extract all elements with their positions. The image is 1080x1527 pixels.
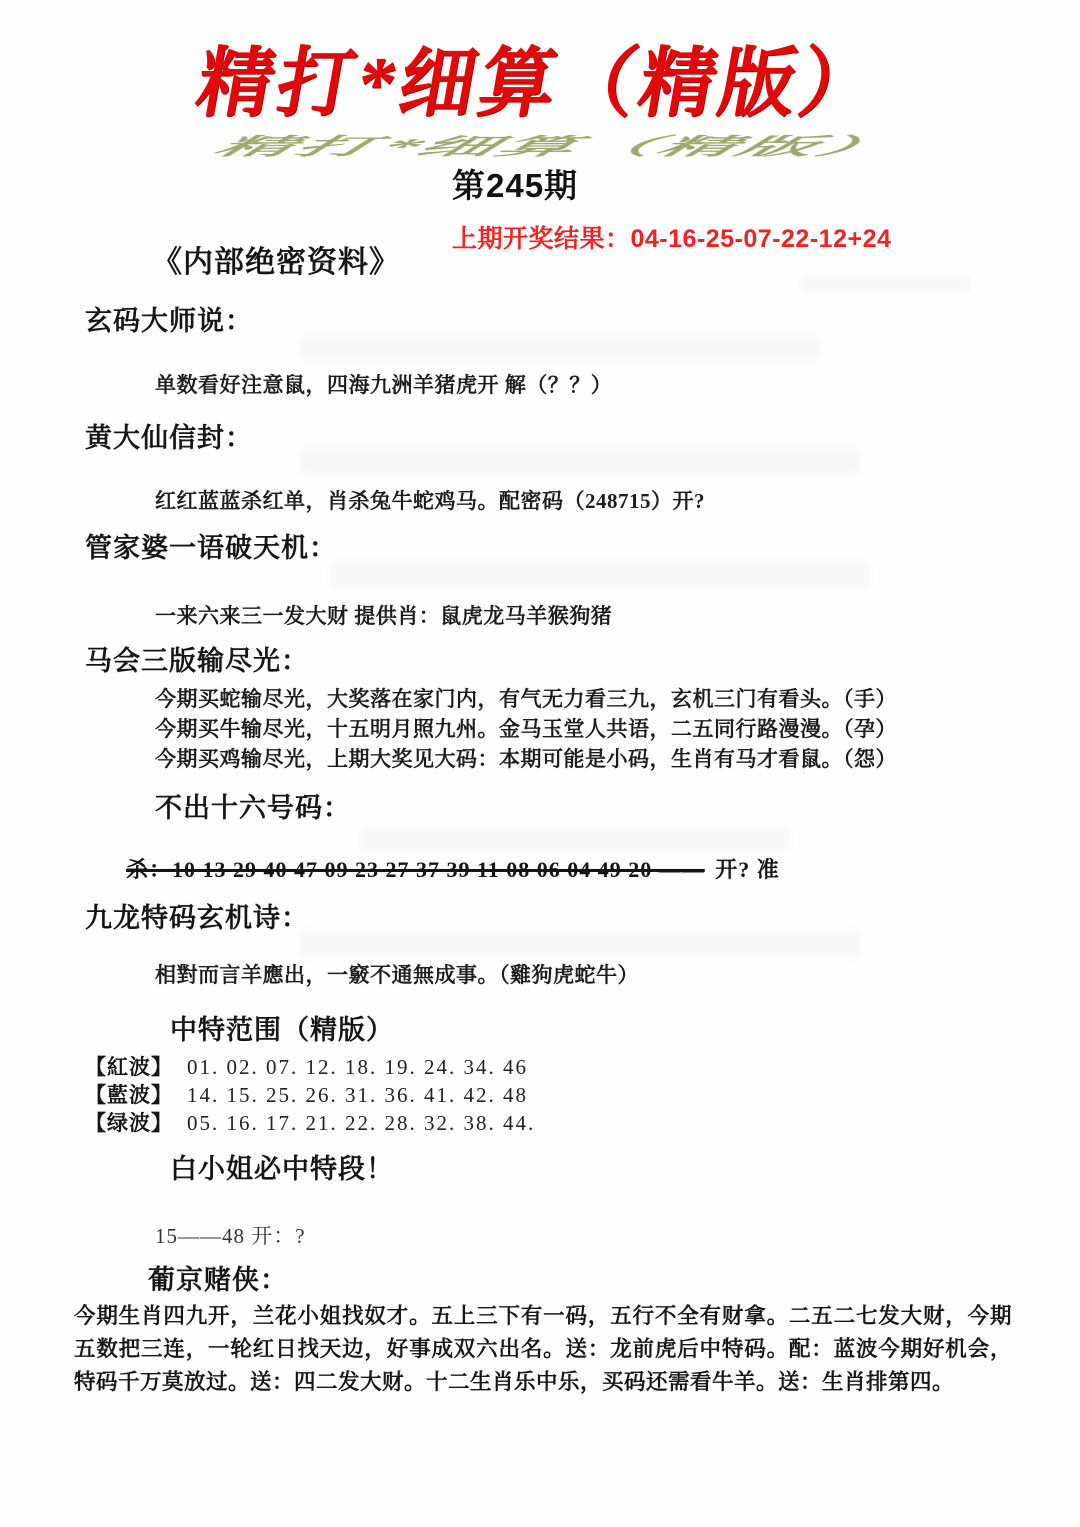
wave-row-green: 【绿波】05. 16. 17. 21. 22. 28. 32. 38. 44. xyxy=(85,1107,535,1137)
scan-smudge xyxy=(300,335,820,361)
baixiaojie-range: 15——48 开：? xyxy=(155,1220,306,1250)
masthead-title-shadow: 精打*细算（精版） xyxy=(2,128,1080,161)
masthead-title: 精打*细算（精版） xyxy=(0,22,1080,131)
scan-smudge xyxy=(300,447,860,475)
section-heading-guanjiapo: 管家婆一语破天机： xyxy=(85,526,337,565)
mahui-line: 今期买牛输尽光，十五明月照九州。金马玉堂人共语，二五同行路漫漫。（孕） xyxy=(155,713,897,743)
section-heading-xuanma: 玄码大师说： xyxy=(85,299,253,338)
wave-label-blue: 【藍波】 xyxy=(85,1083,173,1107)
jiulong-quote: 相對而言羊應出，一竅不通無成事。（雞狗虎蛇牛） xyxy=(155,959,639,989)
issue-number: 第245期 xyxy=(452,160,578,207)
subtitle-secret-material: 《内部绝密资料》 xyxy=(152,237,400,281)
wave-row-red: 【紅波】01. 02. 07. 12. 18. 19. 24. 34. 46 xyxy=(85,1051,528,1081)
huangdaxian-quote: 红红蓝蓝杀红单，肖杀兔牛蛇鸡马。配密码（248715）开? xyxy=(155,485,705,515)
guanjiapo-quote: 一来六来三一发大财 提供肖：鼠虎龙马羊猴狗猪 xyxy=(155,600,612,630)
wave-label-red: 【紅波】 xyxy=(85,1055,173,1079)
section-heading-buchu: 不出十六号码： xyxy=(155,786,351,825)
section-heading-baixiaojie: 白小姐必中特段！ xyxy=(170,1147,394,1186)
mahui-line: 今期买鸡输尽光，上期大奖见大码：本期可能是小码，生肖有马才看鼠。（怨） xyxy=(155,743,897,773)
scan-smudge xyxy=(300,930,860,958)
section-heading-pujing: 葡京赌侠： xyxy=(148,1258,288,1297)
wave-numbers-blue: 14. 15. 25. 26. 31. 36. 41. 42. 48 xyxy=(187,1083,528,1107)
wave-label-green: 【绿波】 xyxy=(85,1111,173,1135)
wave-numbers-green: 05. 16. 17. 21. 22. 28. 32. 38. 44. xyxy=(187,1111,535,1135)
section-heading-jiulong: 九龙特码玄机诗： xyxy=(85,896,309,935)
wave-numbers-red: 01. 02. 07. 12. 18. 19. 24. 34. 46 xyxy=(187,1055,528,1079)
section-heading-zhongte: 中特范围（精版） xyxy=(170,1008,394,1047)
masthead: 精打*细算（精版） 精打*细算（精版） xyxy=(0,22,1080,172)
scan-smudge xyxy=(360,826,790,850)
mahui-line: 今期买蛇输尽光，大奖落在家门内，有气无力看三九，玄机三门有看头。（手） xyxy=(155,683,897,713)
previous-draw-result: 上期开奖结果：04-16-25-07-22-12+24 xyxy=(452,219,891,255)
wave-row-blue: 【藍波】14. 15. 25. 26. 31. 36. 41. 42. 48 xyxy=(85,1079,528,1109)
section-heading-huangdaxian: 黄大仙信封： xyxy=(85,416,253,455)
killed-numbers-struck: 杀：10 13 29 40 47 09 23 27 37 39 11 08 06… xyxy=(126,857,705,882)
section-heading-mahui: 马会三版输尽光： xyxy=(85,639,309,678)
scan-smudge xyxy=(800,275,970,293)
killed-numbers-line: 杀：10 13 29 40 47 09 23 27 37 39 11 08 06… xyxy=(126,853,780,884)
lottery-tip-sheet: 精打*细算（精版） 精打*细算（精版） 第245期 上期开奖结果：04-16-2… xyxy=(0,0,1080,1527)
xuanma-quote: 单数看好注意鼠，四海九洲羊猪虎开 解（？？） xyxy=(155,369,612,399)
scan-smudge xyxy=(330,560,870,588)
pujing-paragraph: 今期生肖四九开，兰花小姐找奴才。五上三下有一码，五行不全有财拿。二五二七发大财，… xyxy=(74,1300,1012,1399)
killed-numbers-tail: 开? 准 xyxy=(715,857,780,882)
